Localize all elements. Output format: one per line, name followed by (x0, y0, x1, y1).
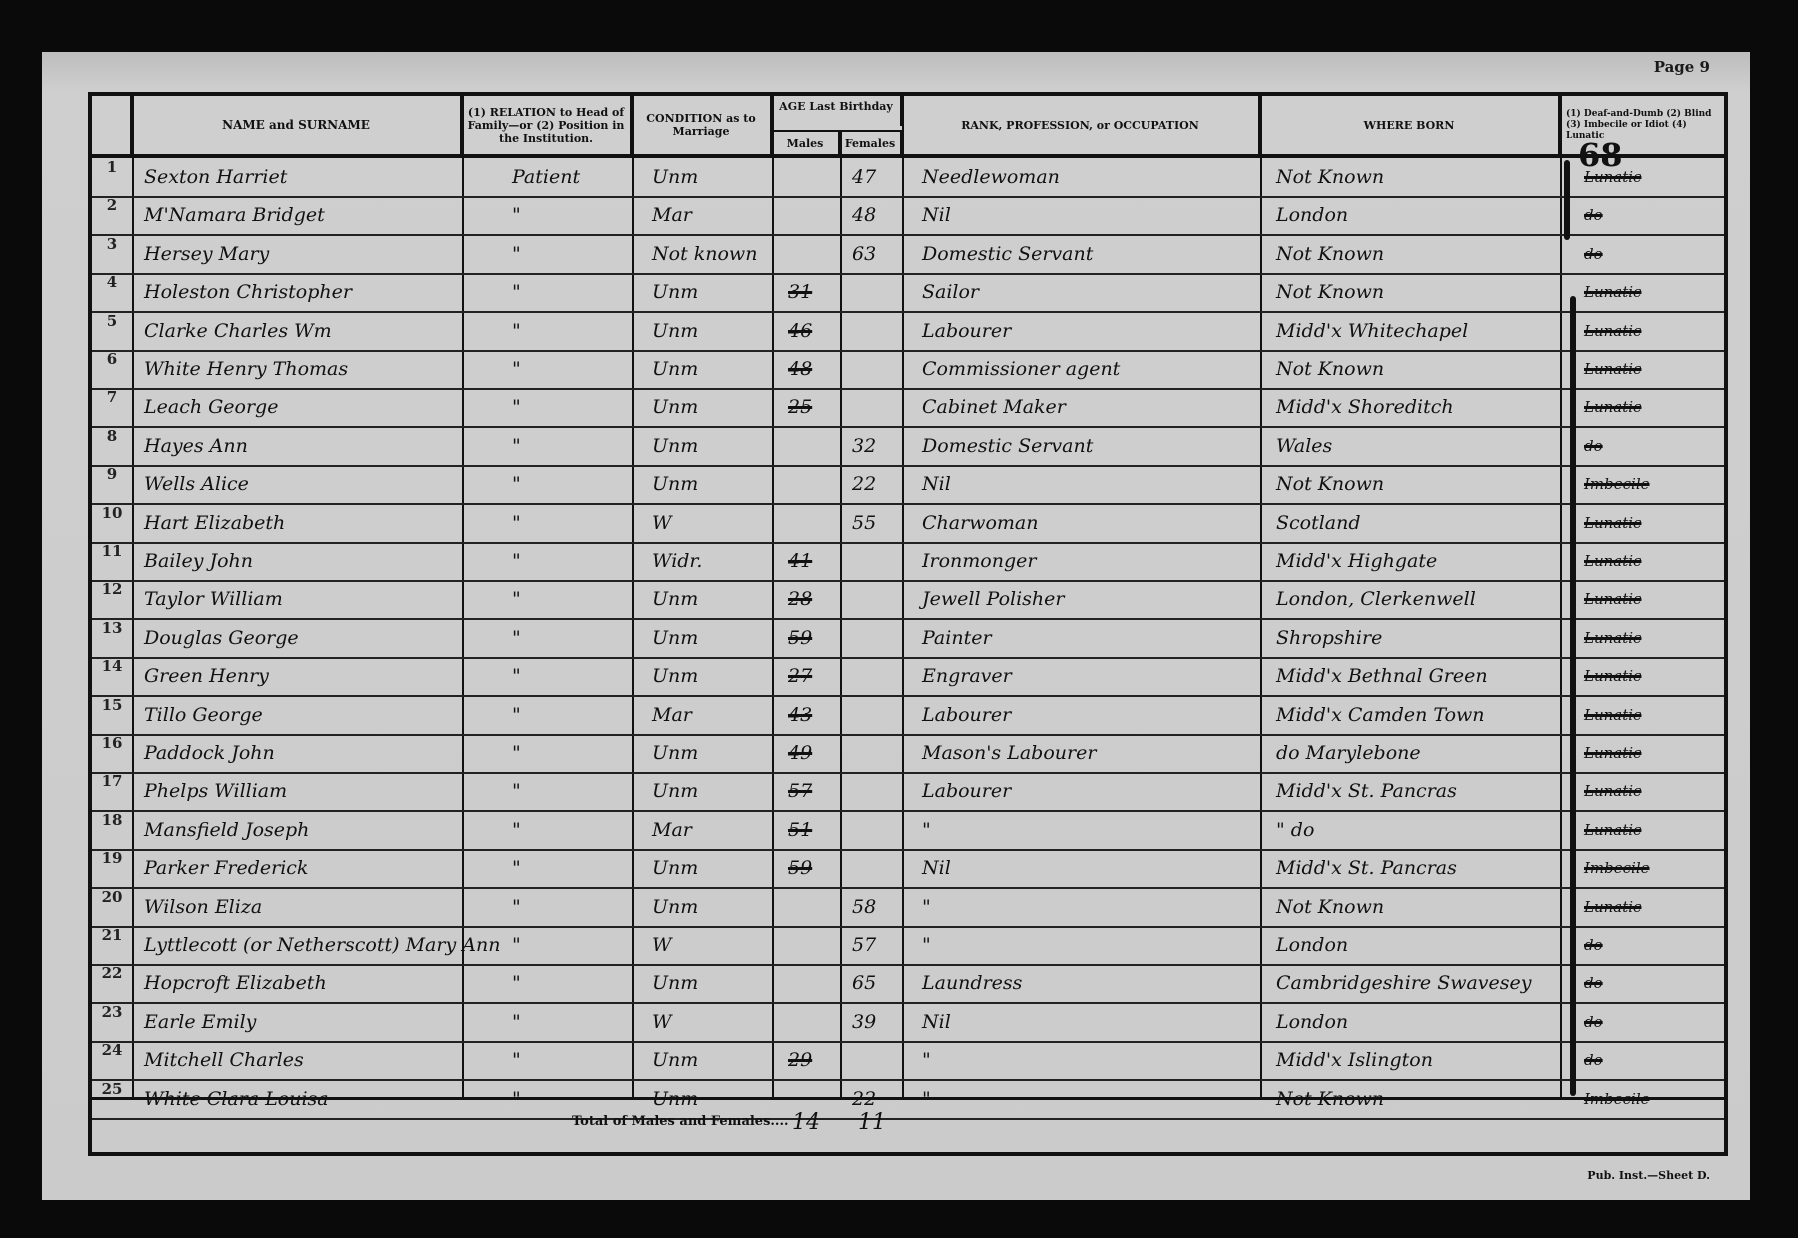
person-name: Lyttlecott (or Netherscott) Mary Ann (144, 926, 500, 964)
age-male: 27 (788, 657, 812, 695)
total-females: 11 (858, 1104, 886, 1142)
header-condition: CONDITION as to Marriage (632, 96, 772, 154)
birthplace: Not Known (1276, 273, 1384, 311)
birthplace: Midd'x St. Pancras (1276, 772, 1457, 810)
relation: " (512, 542, 521, 580)
age-female: 55 (852, 504, 876, 542)
person-name: Sexton Harriet (144, 158, 287, 196)
row-number: 19 (92, 849, 132, 867)
birthplace: Shropshire (1276, 619, 1382, 657)
age-female: 47 (852, 158, 876, 196)
condition: Mar (652, 696, 692, 734)
birthplace: London, Clerkenwell (1276, 580, 1476, 618)
condition: Unm (652, 849, 698, 887)
age-male: 49 (788, 734, 812, 772)
row-number: 13 (92, 619, 132, 637)
relation: " (512, 1041, 521, 1079)
row-number: 8 (92, 427, 132, 445)
age-male: 48 (788, 350, 812, 388)
relation: " (512, 196, 521, 234)
infirmity: Lunatic (1584, 542, 1641, 580)
occupation: Needlewoman (922, 158, 1060, 196)
relation: " (512, 504, 521, 542)
header-where-born: WHERE BORN (1260, 96, 1560, 154)
row-number: 10 (92, 504, 132, 522)
relation: " (512, 657, 521, 695)
condition: Unm (652, 388, 698, 426)
condition: Unm (652, 273, 698, 311)
relation: " (512, 1003, 521, 1041)
age-male: 41 (788, 542, 812, 580)
table-row: 17 Phelps William " Unm 57 Labourer Midd… (92, 772, 1724, 812)
person-name: Hersey Mary (144, 235, 269, 273)
person-name: Paddock John (144, 734, 275, 772)
age-male: 59 (788, 849, 812, 887)
person-name: Bailey John (144, 542, 253, 580)
birthplace: Midd'x St. Pancras (1276, 849, 1457, 887)
occupation: Nil (922, 196, 951, 234)
age-male: 57 (788, 772, 812, 810)
table-row: 22 Hopcroft Elizabeth " Unm 65 Laundress… (92, 964, 1724, 1004)
birthplace: Midd'x Shoreditch (1276, 388, 1454, 426)
row-number: 14 (92, 657, 132, 675)
age-female: 65 (852, 964, 876, 1002)
person-name: Green Henry (144, 657, 269, 695)
form-reference: Pub. Inst.—Sheet D. (1587, 1169, 1710, 1182)
relation: " (512, 427, 521, 465)
infirmity: Imbecile (1584, 849, 1650, 887)
row-number: 20 (92, 888, 132, 906)
person-name: Wells Alice (144, 465, 249, 503)
condition: Not known (652, 235, 757, 273)
occupation: Ironmonger (922, 542, 1036, 580)
relation: " (512, 388, 521, 426)
header-age: AGE Last Birthday (772, 96, 902, 126)
infirmity: Lunatic (1584, 504, 1641, 542)
age-female: 22 (852, 465, 876, 503)
row-number: 21 (92, 926, 132, 944)
row-number: 23 (92, 1003, 132, 1021)
birthplace: do Marylebone (1276, 734, 1421, 772)
infirmity: Lunatic (1584, 273, 1641, 311)
occupation: " (922, 811, 931, 849)
relation: " (512, 619, 521, 657)
relation: " (512, 273, 521, 311)
table-row: 4 Holeston Christopher " Unm 31 Sailor N… (92, 273, 1724, 313)
occupation: Domestic Servant (922, 427, 1093, 465)
person-name: Phelps William (144, 772, 287, 810)
condition: Mar (652, 196, 692, 234)
infirmity: do (1584, 235, 1603, 273)
row-number: 25 (92, 1080, 132, 1098)
condition: Unm (652, 427, 698, 465)
occupation: Nil (922, 849, 951, 887)
condition: Unm (652, 1041, 698, 1079)
age-male: 29 (788, 1041, 812, 1079)
row-number: 16 (92, 734, 132, 752)
table-row: 8 Hayes Ann " Unm 32 Domestic Servant Wa… (92, 427, 1724, 467)
infirmity: Lunatic (1584, 772, 1641, 810)
infirmity: Lunatic (1584, 388, 1641, 426)
occupation: Sailor (922, 273, 979, 311)
condition: W (652, 1003, 672, 1041)
age-male: 31 (788, 273, 812, 311)
row-number: 7 (92, 388, 132, 406)
table-row: 13 Douglas George " Unm 59 Painter Shrop… (92, 619, 1724, 659)
condition: Unm (652, 772, 698, 810)
table-row: 14 Green Henry " Unm 27 Engraver Midd'x … (92, 657, 1724, 697)
table-row: 23 Earle Emily " W 39 Nil London do (92, 1003, 1724, 1043)
header-females: Females (840, 130, 902, 154)
row-number: 1 (92, 158, 132, 176)
person-name: Tillo George (144, 696, 263, 734)
row-number: 3 (92, 235, 132, 253)
infirmity: Lunatic (1584, 350, 1641, 388)
occupation: Cabinet Maker (922, 388, 1066, 426)
header-occupation: RANK, PROFESSION, or OCCUPATION (902, 96, 1260, 154)
occupation: " (922, 926, 931, 964)
header-males: Males (772, 130, 840, 154)
row-number: 24 (92, 1041, 132, 1059)
table-row: 16 Paddock John " Unm 49 Mason's Laboure… (92, 734, 1724, 774)
birthplace: Not Known (1276, 350, 1384, 388)
table-row: 15 Tillo George " Mar 43 Labourer Midd'x… (92, 696, 1724, 736)
person-name: Leach George (144, 388, 278, 426)
person-name: Wilson Eliza (144, 888, 262, 926)
relation: " (512, 964, 521, 1002)
row-number: 6 (92, 350, 132, 368)
age-male: 43 (788, 696, 812, 734)
infirmity: do (1584, 1003, 1603, 1041)
row-number: 4 (92, 273, 132, 291)
infirmity: do (1584, 427, 1603, 465)
infirmity: Imbecile (1584, 465, 1650, 503)
condition: Mar (652, 811, 692, 849)
age-female: 57 (852, 926, 876, 964)
census-page: Page 9 NAME and SURNAME (1) RELATION to … (42, 52, 1750, 1200)
condition: Unm (652, 888, 698, 926)
header-relation: (1) RELATION to Head of Family—or (2) Po… (462, 96, 632, 154)
age-male: 51 (788, 811, 812, 849)
row-number: 11 (92, 542, 132, 560)
birthplace: Cambridgeshire Swavesey (1276, 964, 1532, 1002)
age-female: 39 (852, 1003, 876, 1041)
occupation: Labourer (922, 696, 1011, 734)
birthplace: Not Known (1276, 465, 1384, 503)
person-name: Clarke Charles Wm (144, 312, 332, 350)
infirmity: Lunatic (1584, 696, 1641, 734)
infirmity: Lunatic (1584, 580, 1641, 618)
birthplace: Midd'x Islington (1276, 1041, 1433, 1079)
condition: Unm (652, 964, 698, 1002)
table-row: 1 Sexton Harriet Patient Unm 47 Needlewo… (92, 158, 1724, 198)
relation: " (512, 696, 521, 734)
row-number: 2 (92, 196, 132, 214)
relation: " (512, 772, 521, 810)
birthplace: Not Known (1276, 888, 1384, 926)
infirmity: Lunatic (1584, 811, 1641, 849)
person-name: Mitchell Charles (144, 1041, 304, 1079)
age-male: 25 (788, 388, 812, 426)
occupation: Charwoman (922, 504, 1038, 542)
person-name: Hopcroft Elizabeth (144, 964, 327, 1002)
relation: " (512, 849, 521, 887)
birthplace: Midd'x Highgate (1276, 542, 1437, 580)
relation: " (512, 350, 521, 388)
condition: Unm (652, 657, 698, 695)
infirmity: do (1584, 1041, 1603, 1079)
row-number: 9 (92, 465, 132, 483)
birthplace: London (1276, 196, 1348, 234)
table-row: 18 Mansfield Joseph " Mar 51 " " do Luna… (92, 811, 1724, 851)
occupation: Commissioner agent (922, 350, 1120, 388)
table-row: 5 Clarke Charles Wm " Unm 46 Labourer Mi… (92, 312, 1724, 352)
table-row: 9 Wells Alice " Unm 22 Nil Not Known Imb… (92, 465, 1724, 505)
table-row: 10 Hart Elizabeth " W 55 Charwoman Scotl… (92, 504, 1724, 544)
condition: Unm (652, 619, 698, 657)
total-males: 14 (792, 1104, 820, 1142)
person-name: Earle Emily (144, 1003, 256, 1041)
row-number: 18 (92, 811, 132, 829)
relation: " (512, 465, 521, 503)
person-name: Mansfield Joseph (144, 811, 309, 849)
occupation: " (922, 888, 931, 926)
birthplace: London (1276, 1003, 1348, 1041)
condition: Widr. (652, 542, 702, 580)
table-row: 24 Mitchell Charles " Unm 29 " Midd'x Is… (92, 1041, 1724, 1081)
birthplace: Midd'x Bethnal Green (1276, 657, 1488, 695)
person-name: Holeston Christopher (144, 273, 352, 311)
infirmity: do (1584, 964, 1603, 1002)
table-row: 7 Leach George " Unm 25 Cabinet Maker Mi… (92, 388, 1724, 428)
census-table: NAME and SURNAME (1) RELATION to Head of… (88, 92, 1728, 1156)
birthplace: Not Known (1276, 158, 1384, 196)
infirmity: Lunatic (1584, 888, 1641, 926)
birthplace: Scotland (1276, 504, 1361, 542)
birthplace: Wales (1276, 427, 1332, 465)
relation: " (512, 734, 521, 772)
person-name: M'Namara Bridget (144, 196, 325, 234)
condition: Unm (652, 734, 698, 772)
person-name: Douglas George (144, 619, 299, 657)
person-name: Hart Elizabeth (144, 504, 285, 542)
row-number: 17 (92, 772, 132, 790)
relation: " (512, 811, 521, 849)
table-row: 19 Parker Frederick " Unm 59 Nil Midd'x … (92, 849, 1724, 889)
birthplace: Midd'x Whitechapel (1276, 312, 1468, 350)
age-female: 32 (852, 427, 876, 465)
infirmity: Lunatic (1584, 657, 1641, 695)
ink-mark (1564, 160, 1570, 240)
occupation: Nil (922, 1003, 951, 1041)
birthplace: Midd'x Camden Town (1276, 696, 1485, 734)
table-row: 6 White Henry Thomas " Unm 48 Commission… (92, 350, 1724, 390)
condition: Unm (652, 580, 698, 618)
occupation: Domestic Servant (922, 235, 1093, 273)
relation: " (512, 312, 521, 350)
relation: " (512, 888, 521, 926)
row-number: 5 (92, 312, 132, 330)
row-number: 12 (92, 580, 132, 598)
occupation: Jewell Polisher (922, 580, 1064, 618)
person-name: White Henry Thomas (144, 350, 348, 388)
row-number: 22 (92, 964, 132, 982)
relation: " (512, 926, 521, 964)
birthplace: London (1276, 926, 1348, 964)
age-male: 46 (788, 312, 812, 350)
table-row: 11 Bailey John " Widr. 41 Ironmonger Mid… (92, 542, 1724, 582)
table-row: 2 M'Namara Bridget " Mar 48 Nil London d… (92, 196, 1724, 236)
occupation: Mason's Labourer (922, 734, 1096, 772)
occupation: Nil (922, 465, 951, 503)
condition: Unm (652, 158, 698, 196)
relation: Patient (512, 158, 580, 196)
occupation: Painter (922, 619, 992, 657)
totals-row: Total of Males and Females.... 14 11 (92, 1097, 1724, 1152)
occupation: Labourer (922, 772, 1011, 810)
condition: W (652, 926, 672, 964)
infirmity: Lunatic (1584, 734, 1641, 772)
relation: " (512, 235, 521, 273)
table-row: 3 Hersey Mary " Not known 63 Domestic Se… (92, 235, 1724, 275)
age-female: 58 (852, 888, 876, 926)
age-female: 48 (852, 196, 876, 234)
header-row-number (92, 96, 132, 154)
condition: Unm (652, 465, 698, 503)
infirmity: Lunatic (1584, 619, 1641, 657)
condition: Unm (652, 350, 698, 388)
age-male: 28 (788, 580, 812, 618)
age-female: 63 (852, 235, 876, 273)
person-name: Hayes Ann (144, 427, 248, 465)
condition: Unm (652, 312, 698, 350)
row-number: 15 (92, 696, 132, 714)
infirmity: do (1584, 196, 1603, 234)
page-number: Page 9 (1654, 58, 1710, 76)
birthplace: Not Known (1276, 235, 1384, 273)
person-name: Taylor William (144, 580, 283, 618)
age-male: 59 (788, 619, 812, 657)
infirmity: Lunatic (1584, 312, 1641, 350)
person-name: Parker Frederick (144, 849, 308, 887)
infirmity: do (1584, 926, 1603, 964)
infirmity: Lunatic (1584, 158, 1641, 196)
table-row: 21 Lyttlecott (or Netherscott) Mary Ann … (92, 926, 1724, 966)
table-row: 12 Taylor William " Unm 28 Jewell Polish… (92, 580, 1724, 620)
totals-label: Total of Males and Females.... (572, 1114, 789, 1129)
condition: W (652, 504, 672, 542)
occupation: " (922, 1041, 931, 1079)
relation: " (512, 580, 521, 618)
occupation: Laundress (922, 964, 1022, 1002)
table-row: 20 Wilson Eliza " Unm 58 " Not Known Lun… (92, 888, 1724, 928)
birthplace: " do (1276, 811, 1314, 849)
ink-mark (1570, 296, 1576, 1096)
header-name: NAME and SURNAME (132, 96, 462, 154)
occupation: Labourer (922, 312, 1011, 350)
occupation: Engraver (922, 657, 1012, 695)
